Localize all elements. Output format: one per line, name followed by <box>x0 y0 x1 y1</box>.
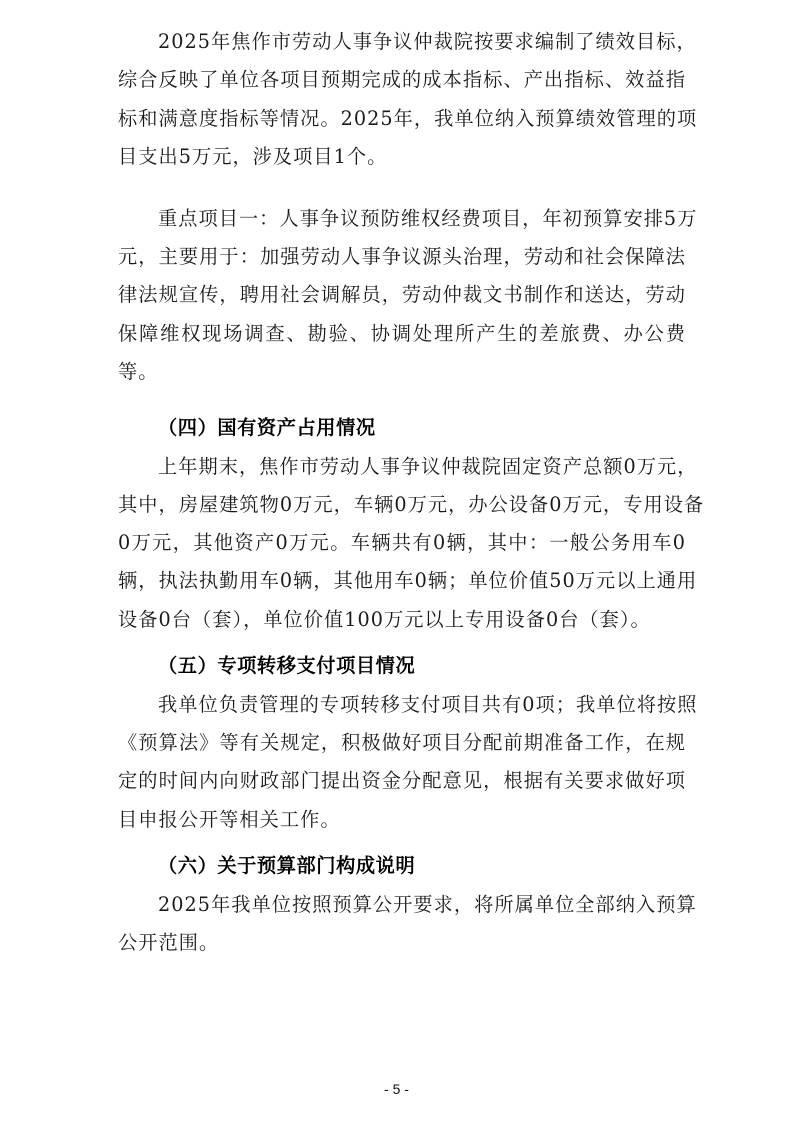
page-number: - 5 - <box>0 1081 793 1097</box>
text-line: 2025年我单位按照预算公开要求，将所属单位全部纳入预算 <box>118 886 686 924</box>
section-heading-state-assets: （四）国有资产占用情况 <box>158 409 686 447</box>
text-line: 2025年焦作市劳动人事争议仲裁院按要求编制了绩效目标， <box>118 23 686 61</box>
text-line: 0万元，其他资产0万元。车辆共有0辆，其中：一般公务用车0 <box>118 524 686 562</box>
text-line: 综合反映了单位各项目预期完成的成本指标、产出指标、效益指 <box>118 61 686 99</box>
text-line: 目支出5万元，涉及项目1个。 <box>118 138 686 176</box>
text-line: 定的时间内向财政部门提出资金分配意见，根据有关要求做好项 <box>118 762 686 800</box>
text-line: 辆，执法执勤用车0辆，其他用车0辆；单位价值50万元以上通用 <box>118 562 686 600</box>
text-line: 等。 <box>118 353 686 391</box>
text-line: 重点项目一：人事争议预防维权经费项目，年初预算安排5万 <box>118 200 686 238</box>
text-line: 我单位负责管理的专项转移支付项目共有0项；我单位将按照 <box>118 686 686 724</box>
text-line: 其中，房屋建筑物0万元，车辆0万元，办公设备0万元，专用设备 <box>118 486 686 524</box>
section-heading-special-transfer: （五）专项转移支付项目情况 <box>158 647 686 685</box>
text-line: 目申报公开等相关工作。 <box>118 801 686 839</box>
section-heading-department-composition: （六）关于预算部门构成说明 <box>158 847 686 885</box>
text-line: 律法规宣传，聘用社会调解员，劳动仲裁文书制作和送达，劳动 <box>118 276 686 314</box>
text-line: 上年期末，焦作市劳动人事争议仲裁院固定资产总额0万元， <box>118 448 686 486</box>
text-line: 标和满意度指标等情况。2025年，我单位纳入预算绩效管理的项 <box>118 100 686 138</box>
text-line: 《预算法》等有关规定，积极做好项目分配前期准备工作，在规 <box>118 724 686 762</box>
text-line: 设备0台（套），单位价值100万元以上专用设备0台（套）。 <box>118 601 686 639</box>
text-line: 公开范围。 <box>118 924 686 962</box>
document-page: 2025年焦作市劳动人事争议仲裁院按要求编制了绩效目标， 综合反映了单位各项目预… <box>0 0 793 1122</box>
text-line: 元，主要用于：加强劳动人事争议源头治理，劳动和社会保障法 <box>118 238 686 276</box>
text-line: 保障维权现场调查、勘验、协调处理所产生的差旅费、办公费 <box>118 315 686 353</box>
